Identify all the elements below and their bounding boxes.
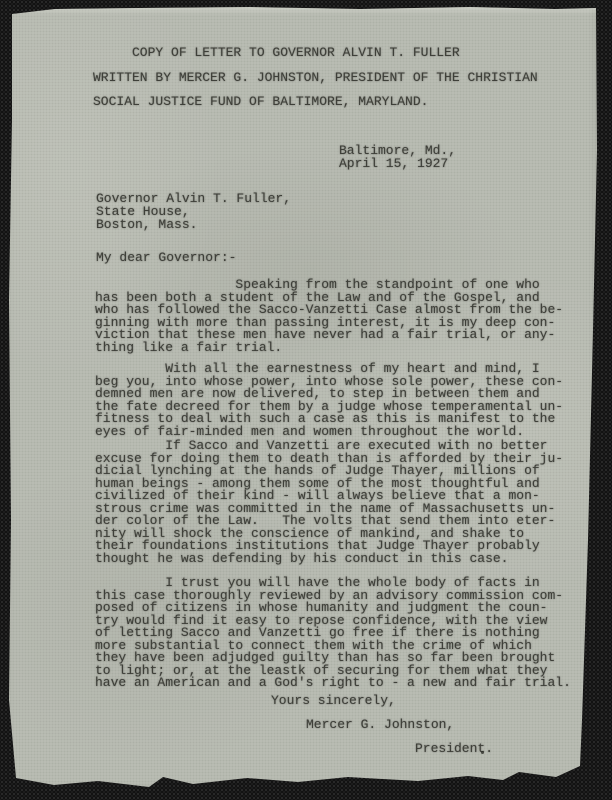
salutation: My dear Governor:- xyxy=(96,252,236,265)
letter-paper: COPY OF LETTER TO GOVERNOR ALVIN T. FULL… xyxy=(0,0,612,800)
recipient-address: Governor Alvin T. Fuller, State House, B… xyxy=(96,192,291,232)
paragraph-2: With all the earnestness of my heart and… xyxy=(95,363,563,438)
paragraph-1: Speaking from the standpoint of one who … xyxy=(95,279,563,354)
signature-name: Mercer G. Johnston, xyxy=(306,719,454,732)
letter-heading: COPY OF LETTER TO GOVERNOR ALVIN T. FULL… xyxy=(93,41,538,115)
paragraph-4: I trust you will have the whole body of … xyxy=(95,577,571,690)
dateline: Baltimore, Md., April 15, 1927 xyxy=(339,144,456,170)
scan-background: { "page": { "background_color": "#121212… xyxy=(0,0,612,800)
paragraph-3: If Sacco and Vanzetti are executed with … xyxy=(95,440,563,565)
ink-speck xyxy=(588,748,590,751)
ink-speck xyxy=(481,751,484,754)
closing: Yours sincerely, xyxy=(271,695,396,708)
